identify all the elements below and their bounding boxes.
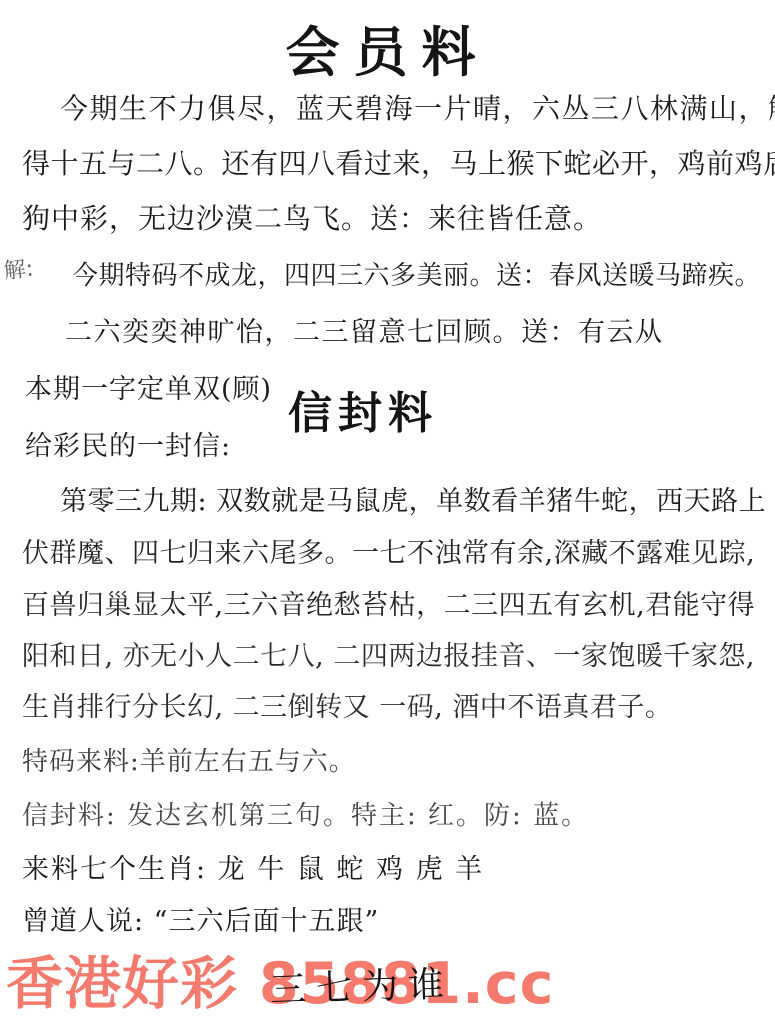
zeng-daoren-quote-line: 曾道人说: “三六后面十五跟” [22,906,379,938]
margin-scribble-note: 解: [3,257,35,286]
issue-line-1: 第零三九期: 双数就是马鼠虎，单数看羊猪牛蛇，西天路上 [60,486,766,518]
member-para1-line-3: 狗中彩，无边沙漠二鸟飞。送：来往皆任意。 [22,202,602,236]
single-double-line: 本期一字定单双(顾) [25,374,272,406]
envelope-tip-line: 信封料: 发达玄机第三句。特主: 红。防: 蓝。 [22,801,589,832]
special-code-line: 特码来料:羊前左右五与六。 [22,747,356,778]
letter-intro-line: 给彩民的一封信: [25,431,231,463]
issue-line-5: 生肖排行分长幻, 二三倒转又 一码, 酒中不语真君子。 [22,692,672,724]
issue-line-3: 百兽归巢显太平,三六音绝愁苔枯，二三四五有玄机,君能守得 [22,590,755,622]
member-para1-line-1: 今期生不力俱尽，蓝天碧海一片晴，六丛三八林满山，解 [60,92,775,126]
member-verse-3: 二六奕奕神旷怡，二三留意七回顾。送：有云从 [65,317,664,349]
issue-line-2: 伏群魔、四七归来六尾多。一七不浊常有余,深藏不露难见踪, [22,538,755,570]
envelope-section-title: 信封料 [288,388,438,441]
scanned-lottery-tips-page: 会员料 今期生不力俱尽，蓝天碧海一片晴，六丛三八林满山，解 得十五与二八。还有四… [0,0,775,1024]
member-para1-line-2: 得十五与二八。还有四八看过来，马上猴下蛇必开，鸡前鸡后 [22,147,775,181]
member-verse-2: 今期特码不成龙，四四三六多美丽。送：春风送暖马蹄疾。 [72,261,761,292]
issue-line-4: 阳和日, 亦无小人二七八, 二四两边报挂音、一家饱暖千家怨, [22,641,755,673]
zodiac-animals-line: 来料七个生肖: 龙 牛 鼠 蛇 鸡 虎 羊 [22,854,484,886]
handwritten-overlap-note: 三七为谁 [269,963,454,1013]
member-section-title: 会员料 [0,20,775,85]
